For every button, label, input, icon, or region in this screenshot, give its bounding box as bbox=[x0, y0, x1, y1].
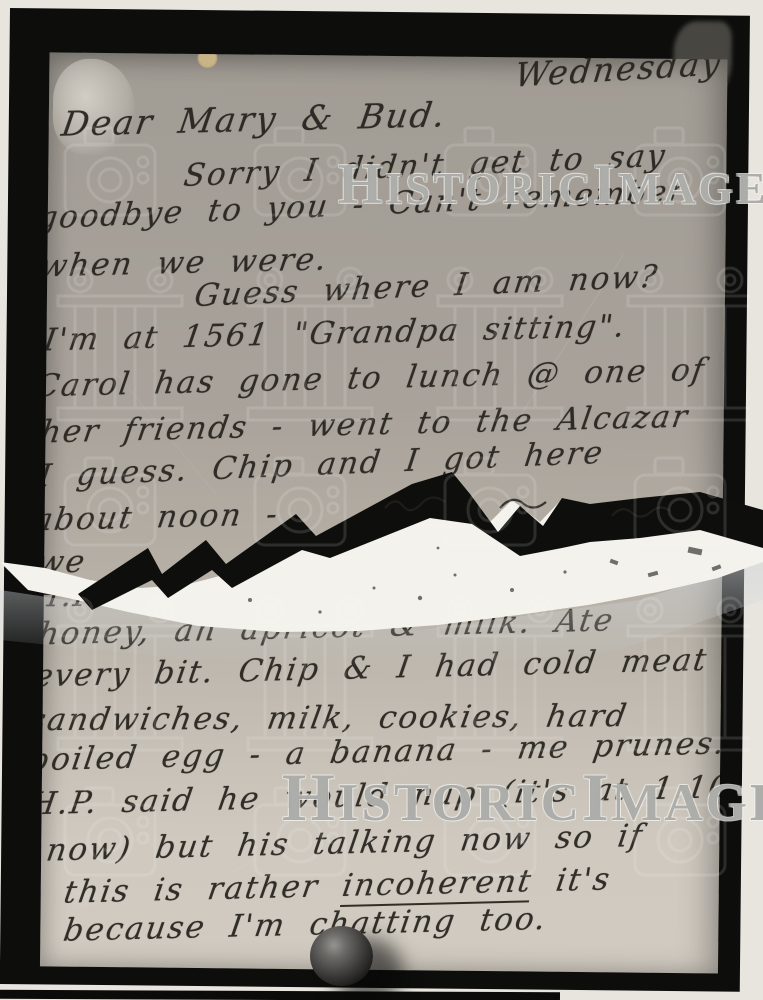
letter-line: H.P. said he would nap (it's at 1:10 bbox=[40, 769, 728, 822]
letter-line: Carol has gone to lunch @ one of bbox=[40, 352, 708, 405]
yellow-stain bbox=[197, 52, 217, 68]
letter-line: now) but his talking now so if bbox=[44, 818, 646, 869]
letter-line: I'm at 1561 "Grandpa sitting". bbox=[41, 308, 629, 358]
round-fastener bbox=[310, 926, 373, 986]
letter-photo: Wednesday Dear Mary & Bud.Sorry I didn't… bbox=[40, 52, 728, 973]
letter-line: we bbox=[40, 544, 89, 580]
photo-frame: Wednesday Dear Mary & Bud.Sorry I didn't… bbox=[0, 8, 750, 992]
letter-line: Dear Mary & Bud. bbox=[59, 95, 450, 145]
press-photo-scan: Wednesday Dear Mary & Bud.Sorry I didn't… bbox=[0, 0, 763, 1000]
margin-crease bbox=[752, 524, 763, 533]
scan-edge-strip bbox=[0, 990, 560, 1000]
letter-line: about noon - bbox=[40, 496, 282, 538]
date-line: Wednesday bbox=[513, 52, 724, 94]
